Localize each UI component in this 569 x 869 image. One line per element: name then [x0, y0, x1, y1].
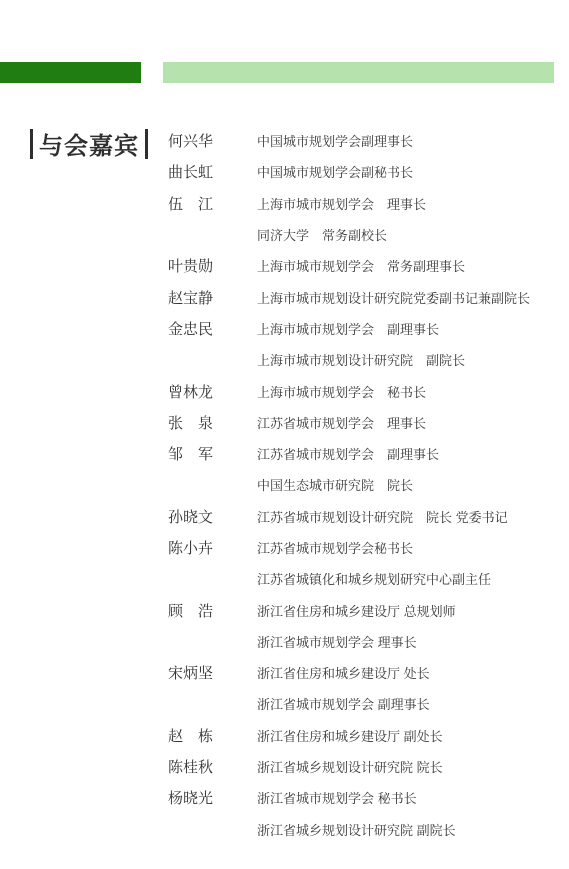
guest-line: 赵宝静 上海市城市规划设计研究院党委副书记兼副院长: [168, 281, 558, 312]
guest-name: 宋炳坚: [168, 662, 257, 683]
guest-title: 浙江省住房和城乡建设厅 处长: [257, 663, 430, 682]
guest-title: 浙江省城市规划学会 理事长: [257, 632, 417, 651]
guest-title: 浙江省城市规划学会 副理事长: [257, 694, 430, 713]
guest-line: 中国生态城市研究院 院长: [168, 469, 558, 500]
guest-title: 浙江省住房和城乡建设厅 总规划师: [257, 601, 456, 620]
guest-name: 何兴华: [168, 130, 257, 151]
guest-title: 中国城市规划学会副秘书长: [257, 162, 413, 181]
section-title: 与会嘉宾: [33, 126, 145, 161]
guest-list: 何兴华 中国城市规划学会副理事长 曲长虹 中国城市规划学会副秘书长 伍 江 上海…: [168, 125, 558, 845]
guest-title: 上海市城市规划设计研究院党委副书记兼副院长: [257, 288, 530, 307]
guest-title: 上海市城市规划设计研究院 副院长: [257, 350, 465, 369]
guest-line: 张 泉 江苏省城市规划学会 理事长: [168, 407, 558, 438]
heading-right-rule: [145, 129, 148, 159]
guest-name: 杨晓光: [168, 787, 257, 808]
guest-title: 浙江省住房和城乡建设厅 副处长: [257, 726, 443, 745]
guest-name: 邹 军: [168, 443, 257, 464]
guest-name: 顾 浩: [168, 600, 257, 621]
guest-title: 同济大学 常务副校长: [257, 225, 387, 244]
guest-title: 江苏省城镇化和城乡规划研究中心副主任: [257, 569, 491, 588]
header-bar-light-green: [163, 62, 554, 83]
guest-title: 江苏省城市规划设计研究院 院长 党委书记: [257, 507, 508, 526]
guest-line: 何兴华 中国城市规划学会副理事长: [168, 125, 558, 156]
guest-title: 中国生态城市研究院 院长: [257, 475, 413, 494]
guest-line: 伍 江 上海市城市规划学会 理事长: [168, 188, 558, 219]
guest-line: 叶贵勋 上海市城市规划学会 常务副理事长: [168, 250, 558, 281]
guest-title: 浙江省城乡规划设计研究院 副院长: [257, 820, 456, 839]
guest-title: 上海市城市规划学会 副理事长: [257, 319, 439, 338]
guest-line: 上海市城市规划设计研究院 副院长: [168, 344, 558, 375]
guest-name: 金忠民: [168, 318, 257, 339]
guest-name: 叶贵勋: [168, 255, 257, 276]
guest-name: 陈小卉: [168, 537, 257, 558]
guest-line: 曲长虹 中国城市规划学会副秘书长: [168, 156, 558, 187]
section-heading: 与会嘉宾: [30, 126, 148, 161]
header-bar-dark-green: [0, 62, 141, 83]
guest-line: 江苏省城镇化和城乡规划研究中心副主任: [168, 563, 558, 594]
guest-line: 宋炳坚 浙江省住房和城乡建设厅 处长: [168, 657, 558, 688]
guest-name: 赵宝静: [168, 287, 257, 308]
guest-name: 孙晓文: [168, 506, 257, 527]
document-page: 与会嘉宾 何兴华 中国城市规划学会副理事长 曲长虹 中国城市规划学会副秘书长 伍…: [0, 0, 569, 869]
guest-title: 浙江省城乡规划设计研究院 院长: [257, 757, 443, 776]
guest-line: 曾林龙 上海市城市规划学会 秘书长: [168, 375, 558, 406]
guest-line: 金忠民 上海市城市规划学会 副理事长: [168, 313, 558, 344]
guest-line: 邹 军 江苏省城市规划学会 副理事长: [168, 438, 558, 469]
guest-line: 孙晓文 江苏省城市规划设计研究院 院长 党委书记: [168, 501, 558, 532]
guest-title: 江苏省城市规划学会 理事长: [257, 413, 426, 432]
guest-line: 杨晓光 浙江省城市规划学会 秘书长: [168, 782, 558, 813]
guest-title: 中国城市规划学会副理事长: [257, 131, 413, 150]
guest-name: 陈桂秋: [168, 756, 257, 777]
guest-line: 同济大学 常务副校长: [168, 219, 558, 250]
guest-title: 上海市城市规划学会 秘书长: [257, 382, 426, 401]
guest-line: 陈桂秋 浙江省城乡规划设计研究院 院长: [168, 751, 558, 782]
guest-name: 张 泉: [168, 412, 257, 433]
guest-line: 顾 浩 浙江省住房和城乡建设厅 总规划师: [168, 594, 558, 625]
guest-title: 上海市城市规划学会 常务副理事长: [257, 256, 465, 275]
guest-name: 曾林龙: [168, 381, 257, 402]
guest-line: 浙江省城市规划学会 理事长: [168, 626, 558, 657]
guest-title: 上海市城市规划学会 理事长: [257, 194, 426, 213]
guest-title: 江苏省城市规划学会秘书长: [257, 538, 413, 557]
guest-name: 曲长虹: [168, 161, 257, 182]
guest-line: 陈小卉 江苏省城市规划学会秘书长: [168, 532, 558, 563]
guest-line: 浙江省城市规划学会 副理事长: [168, 688, 558, 719]
guest-line: 浙江省城乡规划设计研究院 副院长: [168, 814, 558, 845]
guest-name: 伍 江: [168, 193, 257, 214]
guest-title: 江苏省城市规划学会 副理事长: [257, 444, 439, 463]
guest-line: 赵 栋 浙江省住房和城乡建设厅 副处长: [168, 720, 558, 751]
guest-name: 赵 栋: [168, 725, 257, 746]
guest-title: 浙江省城市规划学会 秘书长: [257, 788, 417, 807]
